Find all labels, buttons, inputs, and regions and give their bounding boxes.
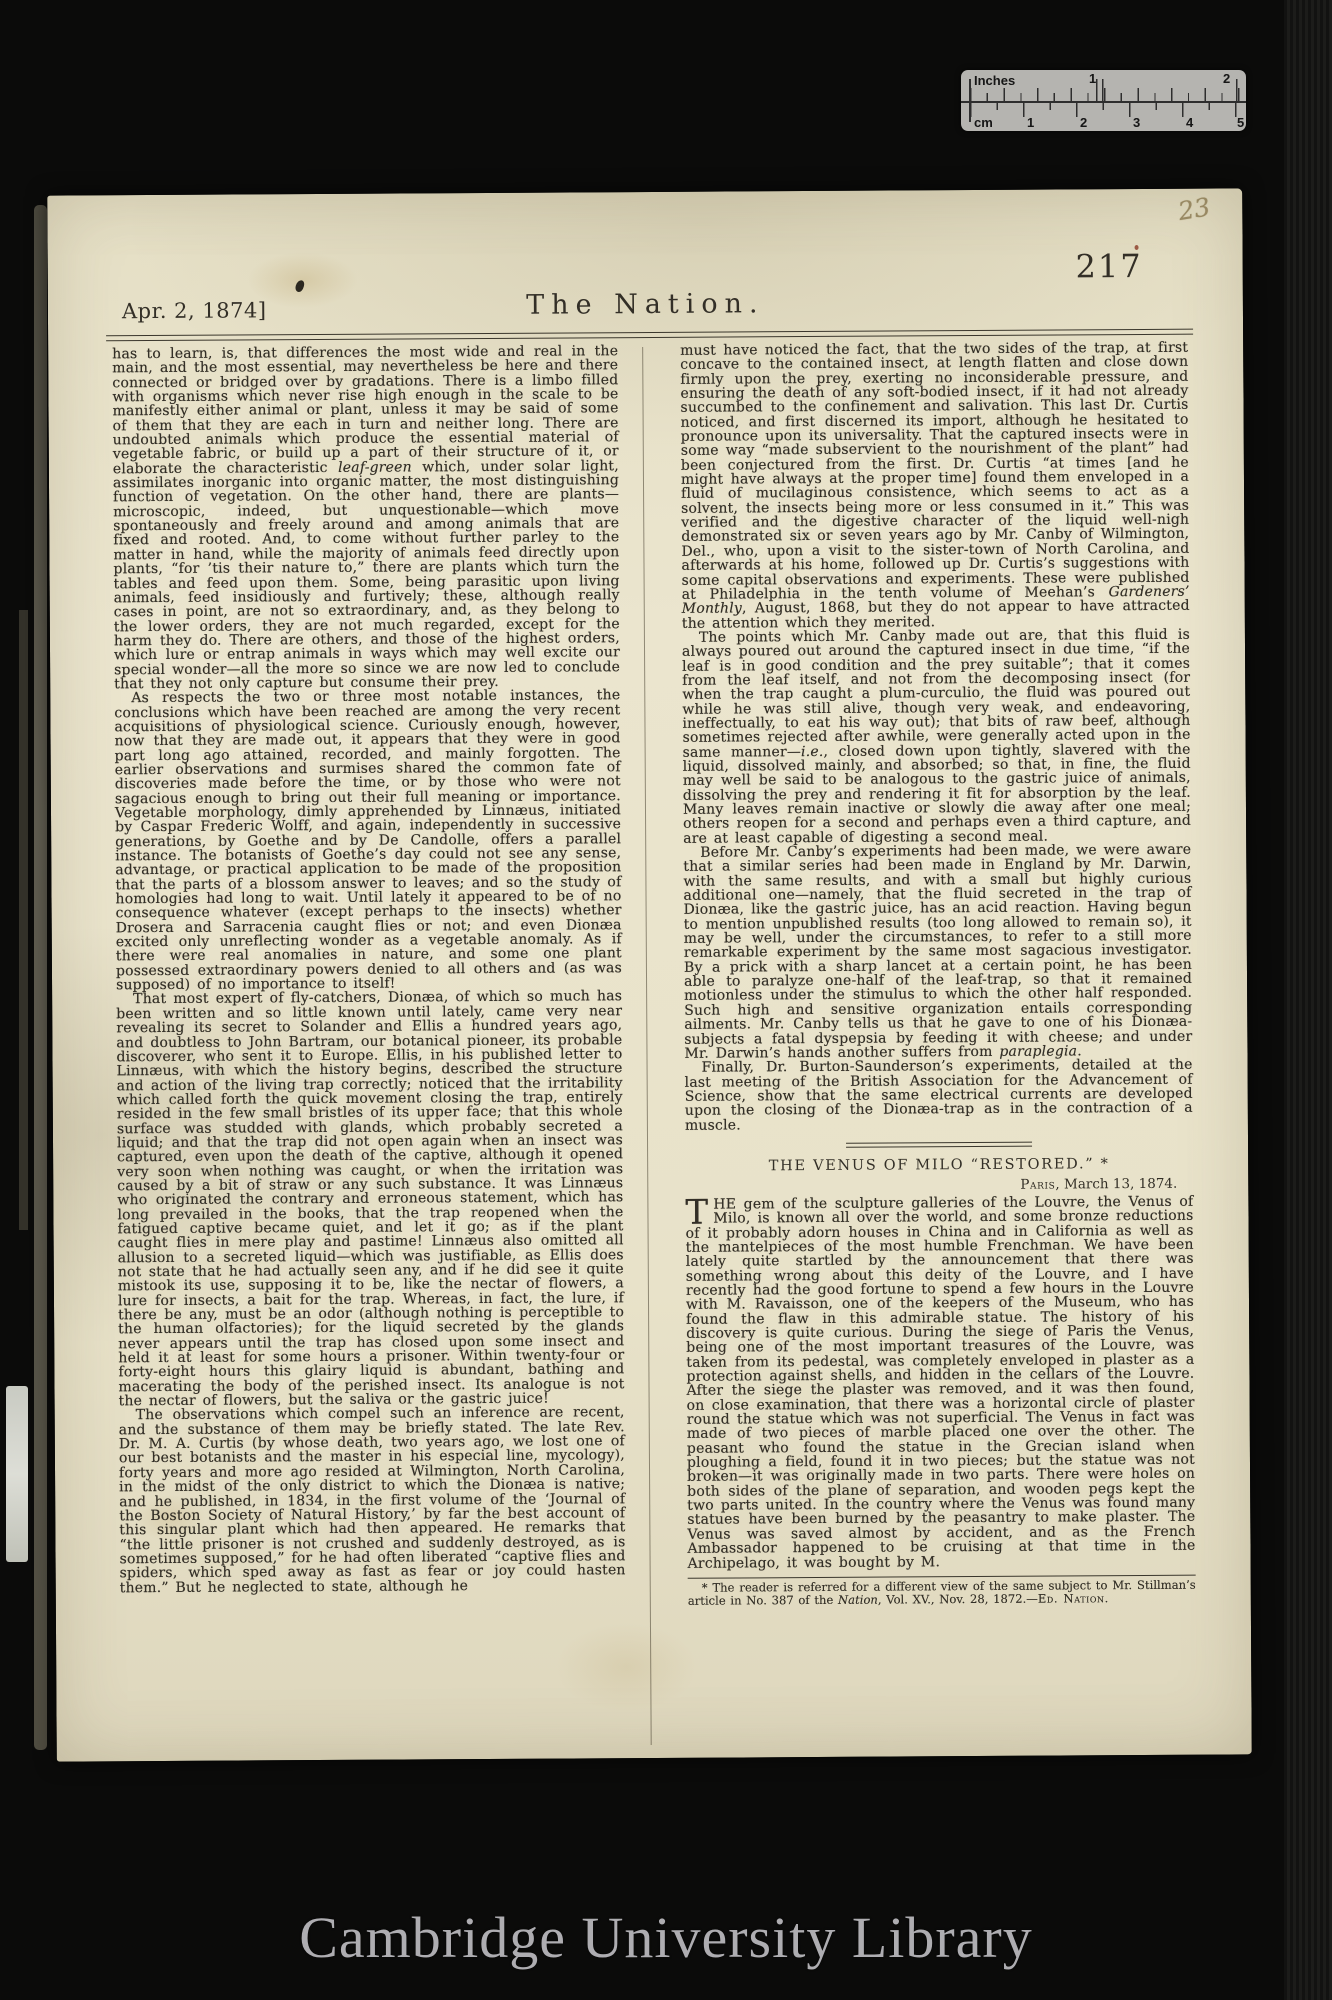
text-segment: Before Mr. Canby’s experiments had been …: [683, 842, 1192, 1062]
text-segment: has to learn, is, that differences the m…: [112, 343, 619, 477]
column-left: has to learn, is, that differences the m…: [112, 344, 626, 1595]
ruler-cm-number: 4: [1186, 115, 1193, 130]
measurement-ruler: Inches 1 2 cm 1 2 3 4 5: [961, 70, 1246, 131]
adjacent-page-edge: [34, 205, 47, 1750]
ruler-cm-number: 3: [1133, 115, 1140, 130]
article-dateline: Paris, March 13, 1874.: [685, 1176, 1177, 1195]
page-number: 217: [1075, 247, 1142, 285]
section-divider-rule: [846, 1142, 1032, 1148]
paragraph: Before Mr. Canby’s experiments had been …: [683, 843, 1192, 1061]
text-segment: That most expert of fly-catchers, Dionæa…: [116, 989, 624, 1410]
text-segment: The points which Mr. Canby made out are,…: [682, 627, 1191, 761]
text-segment: which, under solar light, assimilates in…: [113, 458, 620, 692]
paragraph: THE gem of the sculpture galleries of th…: [685, 1195, 1195, 1571]
adjacent-page-edge: [6, 1386, 28, 1562]
masthead-double-rule: [106, 329, 1193, 342]
footnote: * The reader is referred for a different…: [688, 1575, 1196, 1608]
ruler-cm-number: 2: [1080, 115, 1087, 130]
ruler-ticks: [970, 79, 1244, 101]
newspaper-page: 23 Apr. 2, 1874] The Nation. 217 has to …: [47, 188, 1252, 1761]
text-segment: , Vol. XV., Nov. 28, 1872.—: [878, 1591, 1038, 1606]
text-segment: The observations which compel such an in…: [119, 1405, 626, 1596]
text-segment: , March 13, 1874.: [1055, 1176, 1177, 1193]
ruler-ticks: [970, 103, 1244, 117]
paragraph: must have noticed the fact, that the two…: [680, 341, 1190, 631]
paragraph: has to learn, is, that differences the m…: [112, 344, 620, 691]
text-segment: Finally, Dr. Burton-Saunderson’s experim…: [685, 1057, 1193, 1133]
paragraph: The observations which compel such an in…: [119, 1406, 626, 1596]
text-segment: must have noticed the fact, that the two…: [680, 340, 1189, 603]
text-columns: has to learn, is, that differences the m…: [112, 341, 1197, 1754]
paragraph: Finally, Dr. Burton-Saunderson’s experim…: [685, 1058, 1193, 1133]
text-segment: Nation: [838, 1592, 878, 1606]
pencil-annotation: 23: [1176, 192, 1212, 226]
paragraph: That most expert of fly-catchers, Dionæa…: [116, 990, 625, 1409]
text-segment: Ed. Nation.: [1038, 1591, 1109, 1605]
text-segment: Paris: [1020, 1176, 1055, 1192]
adjacent-page-edge: [19, 610, 28, 1230]
article-heading: THE VENUS OF MILO “RESTORED.” *: [685, 1156, 1193, 1175]
photographed-scan: Inches 1 2 cm 1 2 3 4 5 23 Apr. 2, 1874]…: [0, 0, 1332, 2000]
text-segment: As respects the two or three most notabl…: [114, 687, 622, 993]
text-segment: HE gem of the sculpture galleries of the…: [686, 1194, 1196, 1572]
library-watermark: Cambridge University Library: [0, 1904, 1332, 1971]
ruler-cm-label: cm: [974, 115, 993, 130]
masthead-title: The Nation.: [48, 285, 1243, 323]
column-divider-rule: [642, 347, 652, 1745]
paragraph: As respects the two or three most notabl…: [114, 688, 622, 992]
ruler-cm-number: 1: [1027, 115, 1034, 130]
drop-cap: T: [685, 1198, 713, 1226]
text-segment: THE VENUS OF MILO “RESTORED.” *: [769, 1156, 1110, 1174]
paragraph: The points which Mr. Canby made out are,…: [682, 628, 1191, 846]
ruler-cm-number: 5: [1237, 115, 1244, 130]
book-cloth-edge: [1284, 0, 1332, 2000]
column-right: must have noticed the fact, that the two…: [680, 341, 1196, 1608]
